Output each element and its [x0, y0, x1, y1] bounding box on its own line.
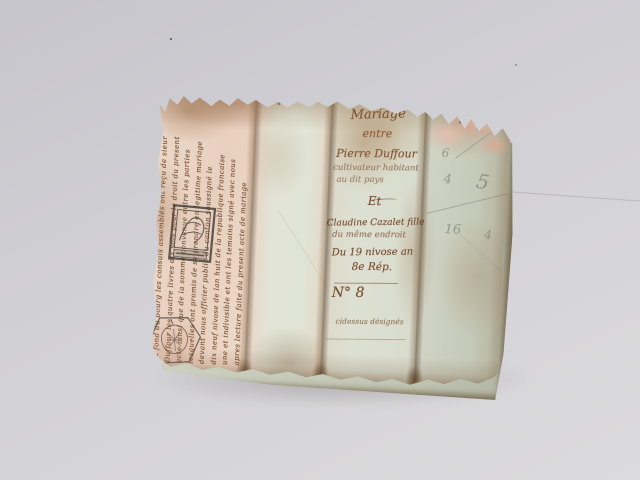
manuscript-cover-sheet: au fond du bourg les consuls assemblés o…: [148, 92, 512, 388]
pencil-number: 4: [484, 228, 492, 242]
title-line: Mariage: [331, 106, 425, 124]
docket-number: N° 8: [324, 285, 418, 302]
pencil-number: 6: [441, 146, 449, 160]
dust-speck: [170, 38, 172, 40]
tear-hole: [278, 102, 281, 105]
tear-hole: [477, 127, 480, 130]
title-line: cultivateur habitant: [329, 163, 423, 174]
dust-speck: [515, 64, 517, 66]
title-line: Pierre Duffour: [330, 147, 424, 161]
right-fold-panel: [414, 103, 512, 388]
title-line: au dit pays: [328, 175, 422, 186]
docket-date-line: Du 19 nivose an: [325, 247, 419, 259]
tear-hole: [459, 121, 462, 124]
blank-fold-panel: [244, 96, 332, 381]
docket-note: cidessus désignés: [323, 317, 417, 327]
title-line: entre: [330, 127, 424, 141]
tear-hole: [348, 104, 351, 107]
docket-date-line: 8e Rép.: [325, 261, 419, 274]
cover-title-block: Mariage entre Pierre Duffour cultivateur…: [326, 103, 426, 242]
title-line: Claudine Cazalet fille: [327, 218, 421, 229]
background-scratch: [512, 192, 640, 202]
pencil-number: 4: [443, 172, 452, 187]
rectangular-revenue-stamp-icon: [168, 204, 217, 264]
pencil-number: 16: [444, 222, 461, 238]
photo-of-manuscript: au fond du bourg les consuls assemblés o…: [0, 0, 640, 480]
title-line: du même endroit: [326, 230, 420, 241]
docket-block: Du 19 nivose an 8e Rép. N° 8 cidessus dé…: [322, 245, 419, 328]
